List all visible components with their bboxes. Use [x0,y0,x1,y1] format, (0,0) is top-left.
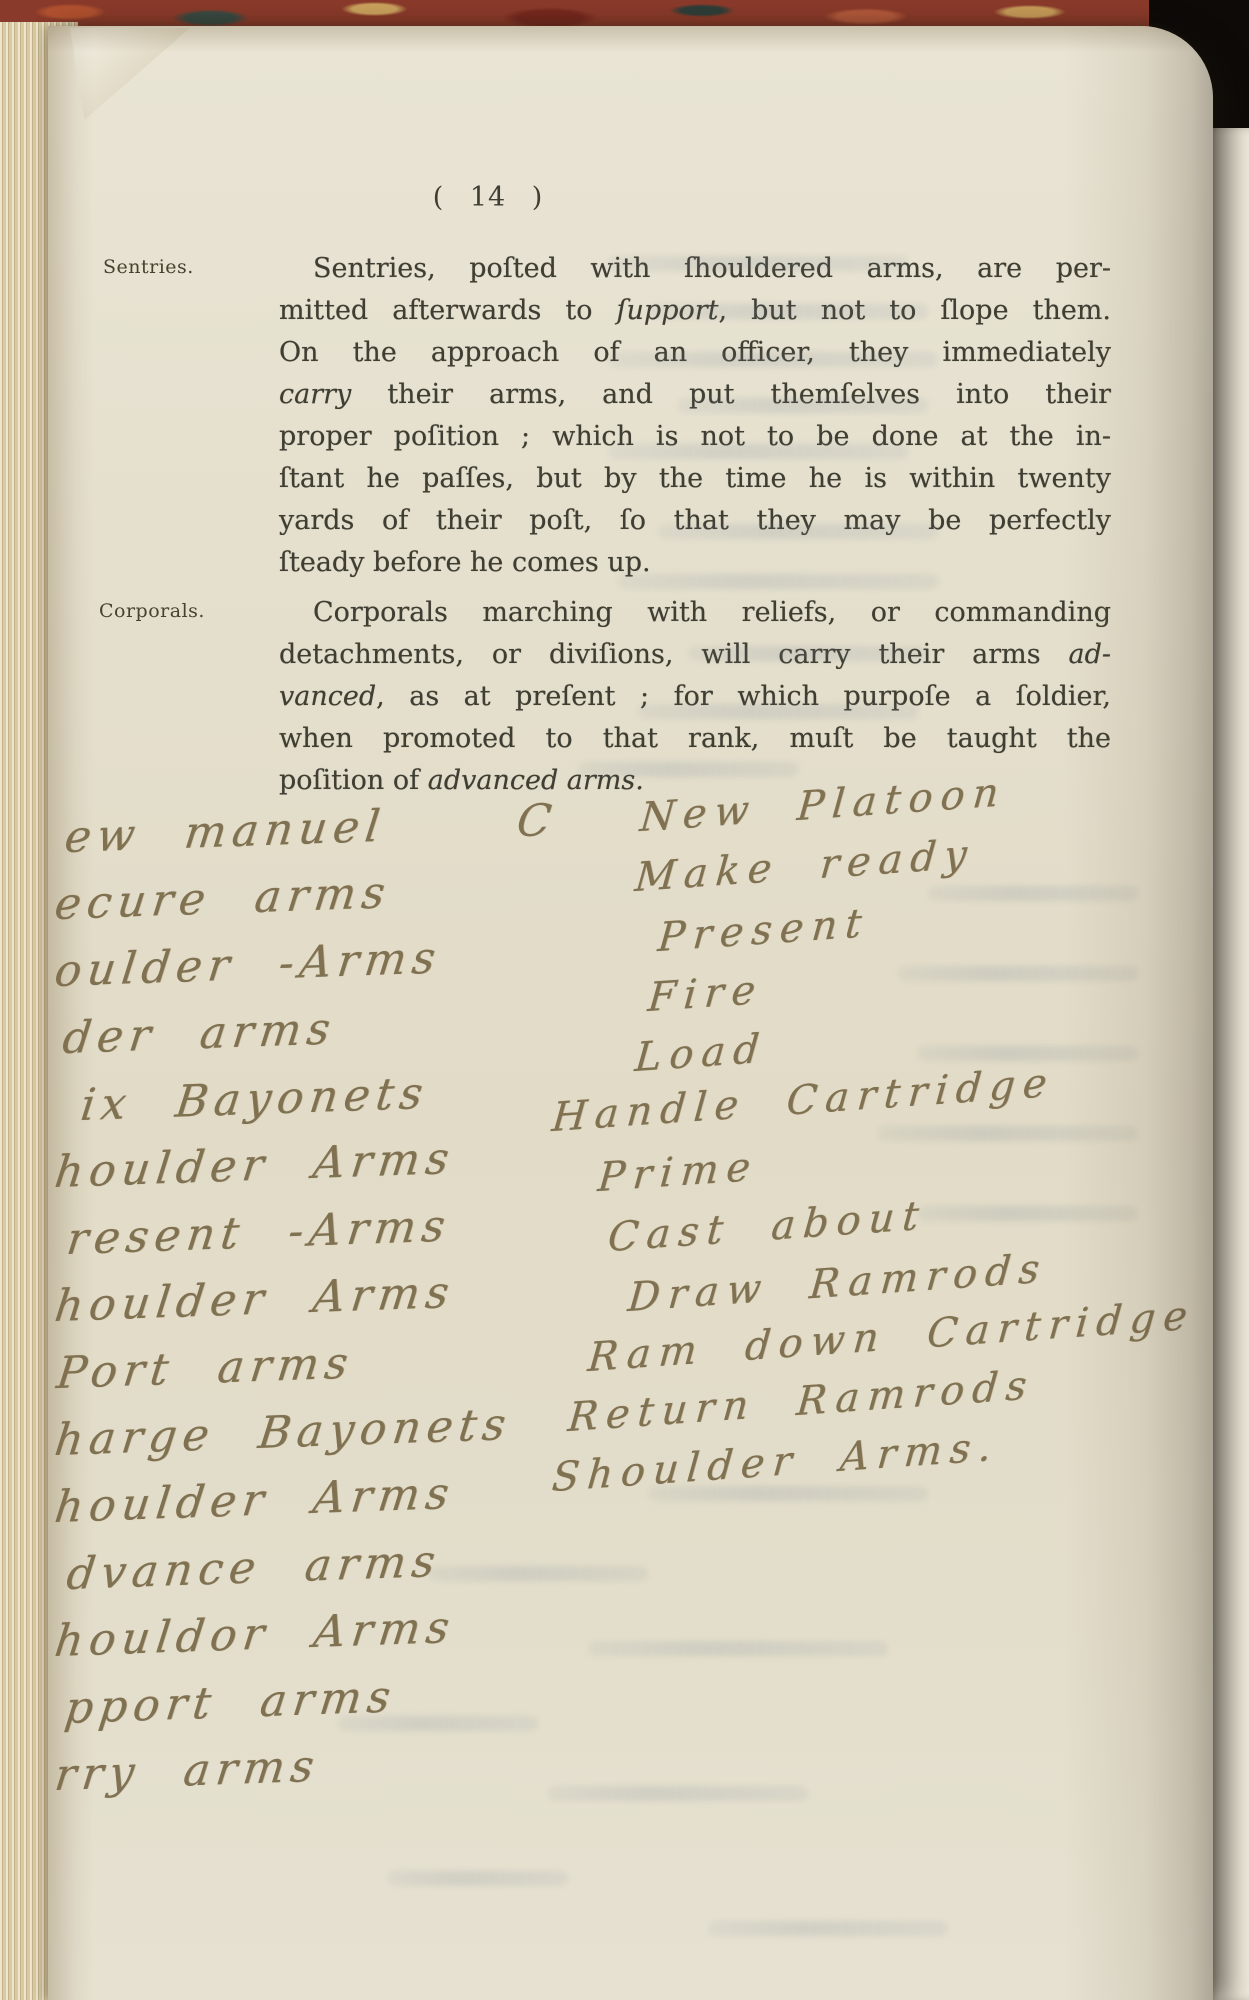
printed-line: Corporals marching with reliefs, or comm… [279,592,1111,634]
printed-line: ſtant he paſſes, but by the time he is w… [279,458,1111,500]
bleedthrough-ghost [608,352,938,367]
bleedthrough-ghost [648,1486,928,1501]
handwritten-line: Prime [596,1144,760,1202]
handwritten-line: Fire [646,967,765,1021]
bleedthrough-ghost [708,1921,948,1936]
handwritten-line: Port arms [54,1338,357,1400]
margin-label-corporals: Corporals. [99,600,205,622]
bleedthrough-ghost [658,524,938,539]
bleedthrough-ghost [608,256,908,271]
gutter-shade-right [1063,26,1213,2000]
book-photo: 24 ( 14 ) Sentries. Sentries, poſted wit… [0,0,1249,2000]
bleedthrough-ghost [648,304,928,319]
bleedthrough-ghost [688,646,928,661]
bleedthrough-ghost [618,574,938,589]
bleedthrough-ghost [428,1566,648,1581]
handwritten-line: Cast about [606,1193,928,1262]
page-number: ( 14 ) [423,182,553,213]
handwritten-line: houlder Arms [52,1133,458,1198]
handwritten-line: harge Bayonets [52,1399,514,1466]
handwritten-line: ew manuel C [62,795,560,863]
printed-line: when promoted to that rank, muſt be taug… [279,718,1111,760]
handwritten-line: ix Bayonets [78,1068,432,1131]
handwritten-line: Load [633,1026,769,1082]
bleedthrough-ghost [608,444,908,459]
bleedthrough-ghost [388,1871,568,1886]
bleedthrough-ghost [548,1786,808,1801]
handwritten-line: Present [656,900,871,961]
handwritten-line: houlder Arms [52,1468,458,1533]
bleedthrough-ghost [678,398,928,413]
handwritten-line: houlder Arms [52,1267,458,1332]
handwritten-line: Draw Ramrods [626,1245,1049,1321]
handwritten-line: ecure arms [52,867,394,930]
bleedthrough-ghost [578,762,798,777]
handwritten-line: dvance arms [64,1536,444,1600]
handwritten-line: houldor Arms [52,1602,458,1667]
handwritten-line: Make ready [633,831,977,901]
handwritten-line: Return Ramrods [566,1362,1036,1441]
margin-label-sentries: Sentries. [103,256,194,278]
bleedthrough-ghost [638,704,918,719]
handwritten-line: der arms [60,1003,339,1064]
handwritten-line: oulder -Arms [52,932,444,997]
handwritten-line: resent -Arms [64,1200,454,1265]
bleedthrough-ghost [338,1716,538,1731]
page-top-shade [48,26,1213,52]
bleedthrough-ghost [588,1641,888,1656]
book-page: 24 ( 14 ) Sentries. Sentries, poſted wit… [48,26,1213,2000]
gutter-shade-left [48,26,94,2000]
